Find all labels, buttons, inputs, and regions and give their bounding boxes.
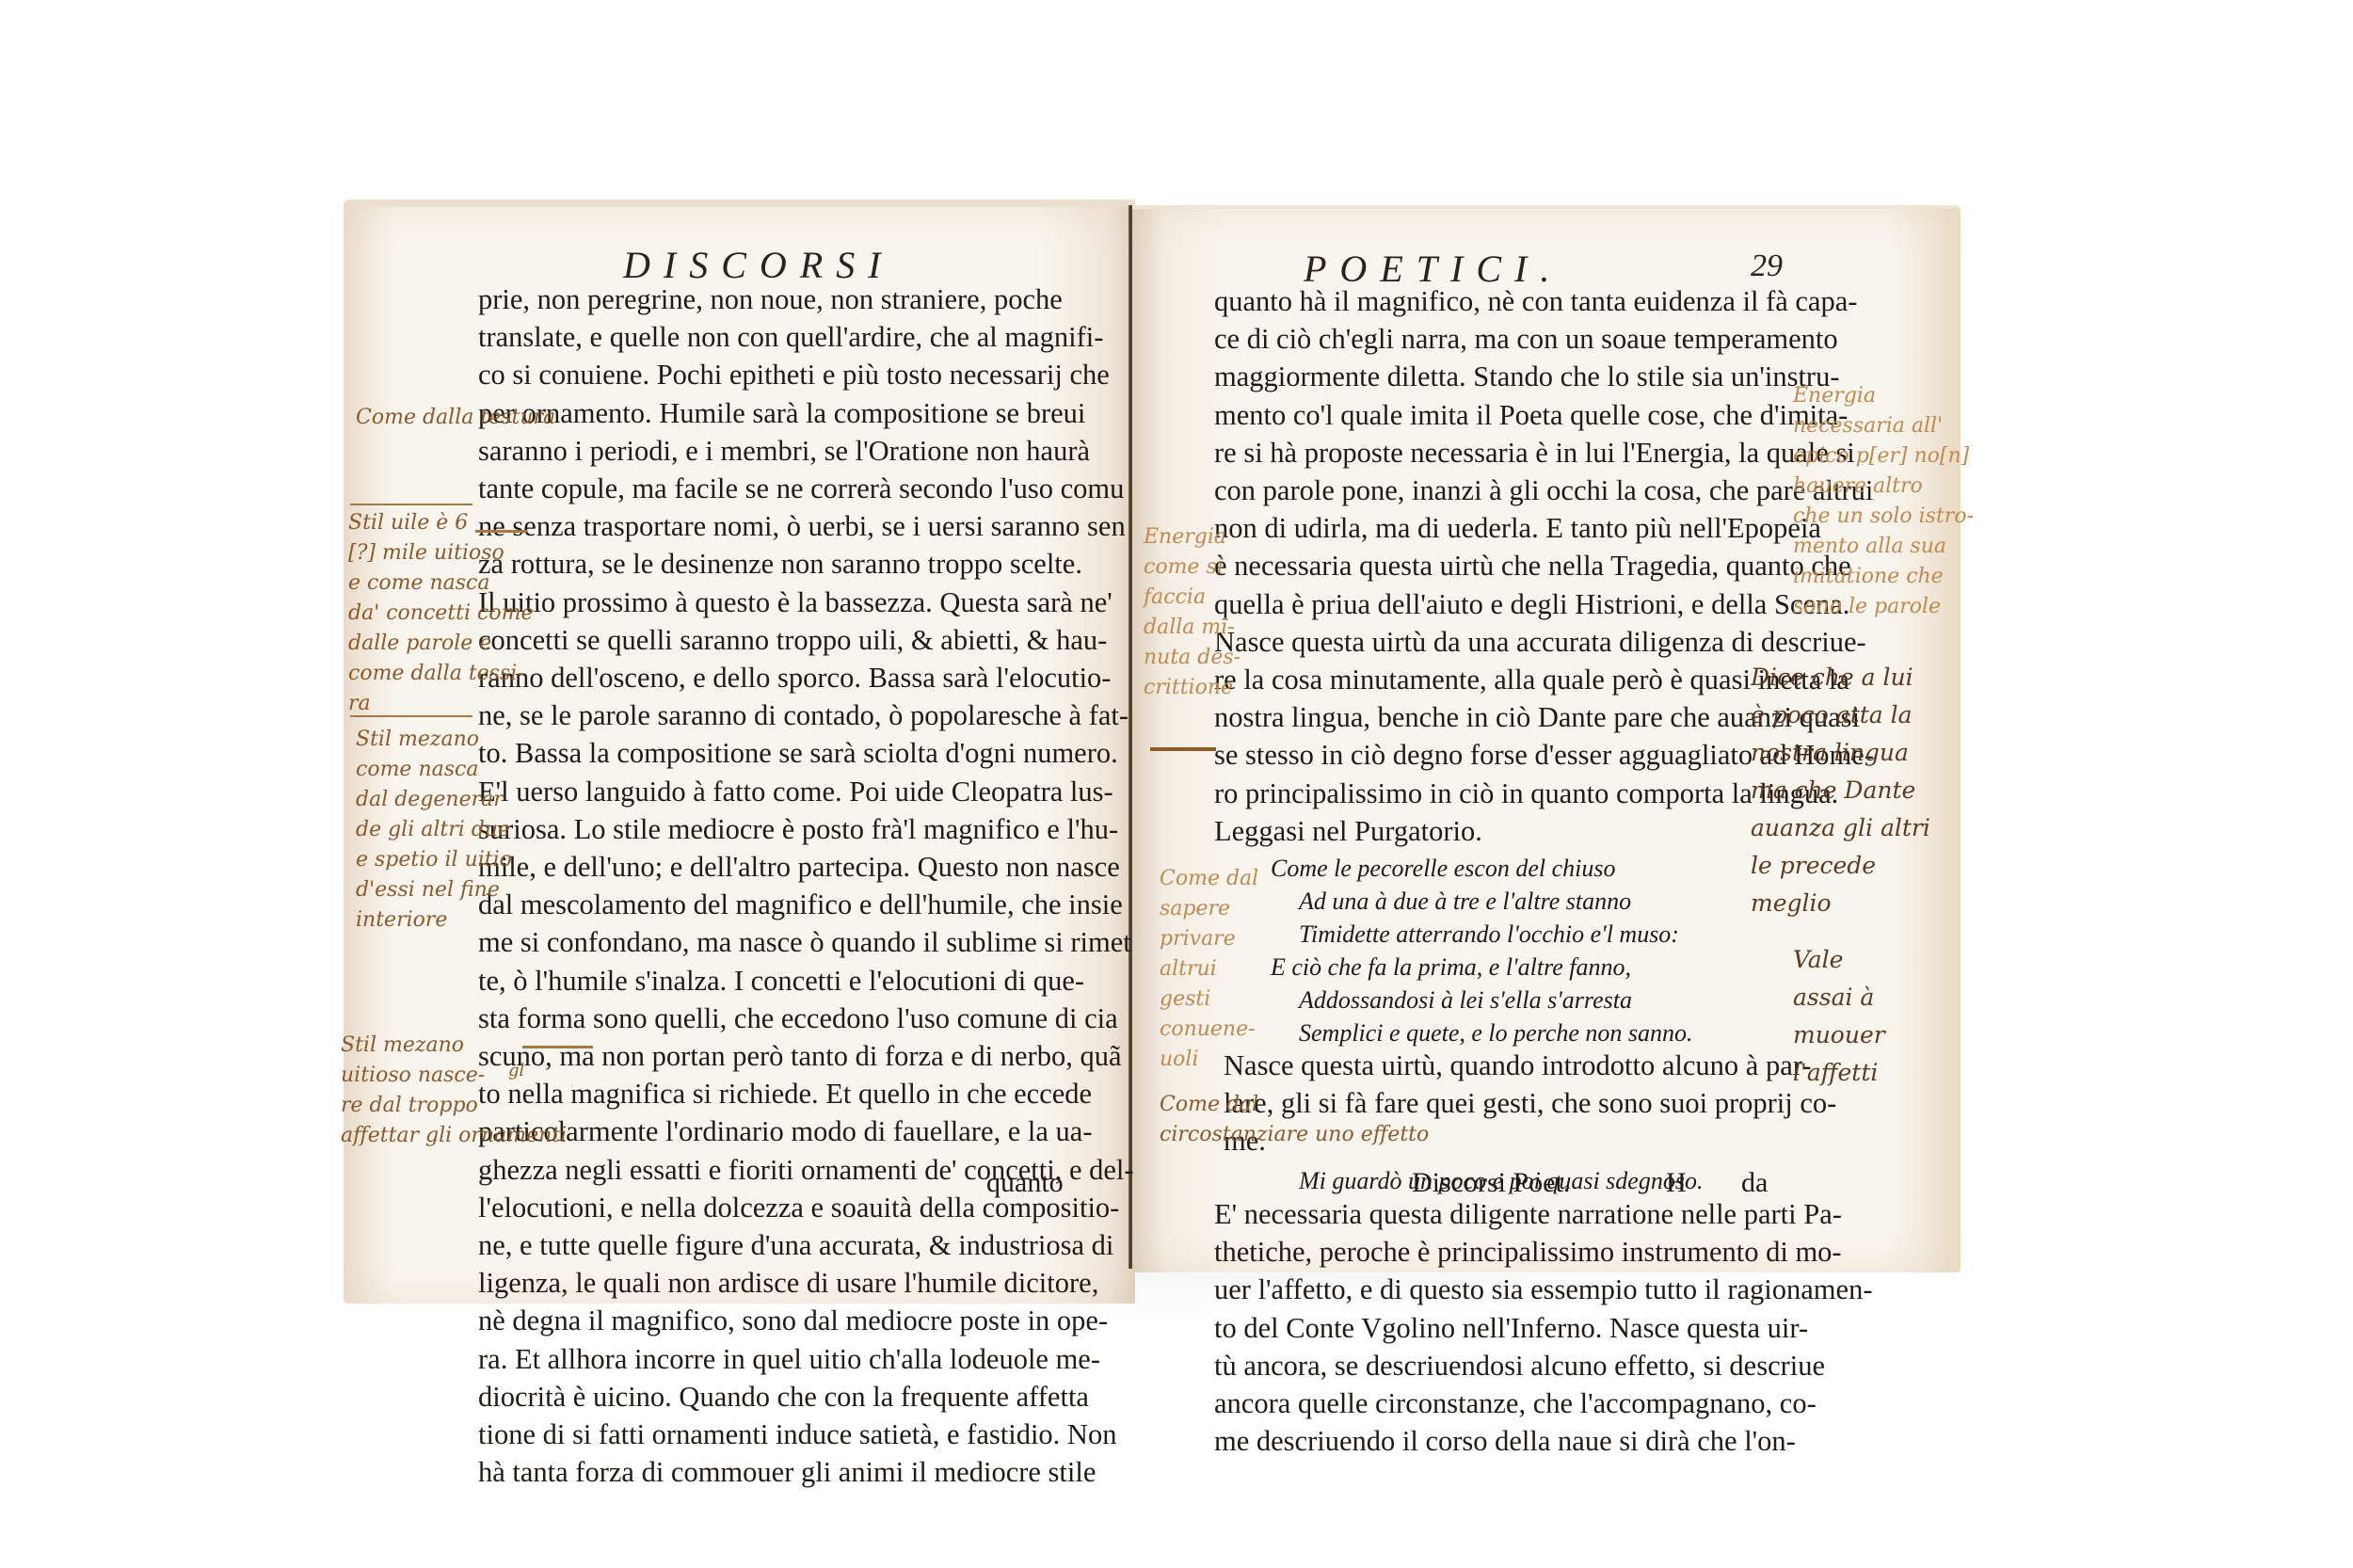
text-line: me descriuendo il corso della naue si di…: [1214, 1422, 1872, 1460]
text-line: thetiche, peroche è principalissimo inst…: [1214, 1233, 1872, 1271]
text-line: maggiormente diletta. Stando che lo stil…: [1214, 358, 1779, 395]
right-catchword: da: [1741, 1167, 1768, 1199]
page-number: 29: [1751, 248, 1783, 284]
text-line: per ornamento. Humile sarà la compositio…: [478, 394, 1062, 432]
left-page-body: prie, non peregrine, non noue, non stran…: [478, 280, 1062, 1492]
marginal-note: Come dalla testura: [356, 403, 555, 433]
text-line: diocrità è uicino. Quando che con la fre…: [478, 1378, 1062, 1416]
text-line: ne senza trasportare nomi, ò uerbi, se i…: [478, 507, 1062, 545]
text-line: è necessaria questa uirtù che nella Trag…: [1214, 547, 1779, 584]
text-line: prie, non peregrine, non noue, non stran…: [478, 280, 1062, 318]
text-line: za rottura, se le desinenze non saranno …: [478, 545, 1062, 583]
left-catchword: quanto: [986, 1167, 1064, 1199]
text-line: ghezza negli essatti e fioriti ornamenti…: [478, 1151, 1062, 1189]
text-line: l'elocutioni, e nella dolcezza e soauità…: [478, 1189, 1062, 1226]
text-line: Leggasi nel Purgatorio.: [1214, 812, 1779, 850]
verse-line: Come le pecorelle escon del chiuso: [1271, 852, 1693, 885]
text-line: ne, se le parole saranno di contado, ò p…: [478, 696, 1062, 734]
text-line: dal mescolamento del magnifico e dell'hu…: [478, 886, 1062, 923]
text-line: to del Conte Vgolino nell'Inferno. Nasce…: [1214, 1309, 1872, 1347]
verse-line: Ad una à due à tre e l'altre stanno: [1271, 885, 1693, 918]
text-line: Nasce questa uirtù, quando introdotto al…: [1224, 1047, 1836, 1084]
verse-line: Semplici e quete, e lo perche non sanno.: [1271, 1016, 1693, 1049]
text-line: con parole pone, inanzi à gli occhi la c…: [1214, 472, 1779, 509]
text-line: Il uitio prossimo à questo è la bassezza…: [478, 584, 1062, 621]
interlinear-note: gl: [508, 1056, 524, 1086]
text-line: tù ancora, se descriuendosi alcuno effet…: [1214, 1347, 1872, 1384]
marginal-note: Energia come si faccia dalla mi- nuta de…: [1144, 522, 1241, 703]
marginal-note: Come dal circostanziare uno effetto: [1160, 1090, 1429, 1150]
marginal-note-cancelled: [1150, 734, 1216, 764]
signature-title: Discorsi Poet.: [1412, 1167, 1570, 1199]
marginal-note: Dice che a lui è poco atta la nostra lin…: [1751, 659, 1930, 922]
text-line: tante copule, ma facile se ne correrà se…: [478, 470, 1062, 507]
text-line: re si hà proposte necessaria è in lui l'…: [1214, 434, 1779, 472]
text-line: te, ò l'humile s'inalza. I concetti e l'…: [478, 962, 1062, 1000]
text-line: se stesso in ciò degno forse d'esser agg…: [1214, 736, 1779, 774]
text-line: me si confondano, ma nasce ò quando il s…: [478, 923, 1062, 961]
text-line: ligenza, le quali non ardisce di usare l…: [478, 1264, 1062, 1302]
text-line: quella è priua dell'aiuto e degli Histri…: [1214, 585, 1779, 623]
verse-line: Timidette atterrando l'occhio e'l muso:: [1271, 918, 1693, 951]
text-line: ra. Et allhora incorre in quel uitio ch'…: [478, 1340, 1062, 1378]
text-line: ce di ciò ch'egli narra, ma con un soaue…: [1214, 320, 1779, 358]
text-line: translate, e quelle non con quell'ardire…: [478, 318, 1062, 356]
text-line: ancora quelle circonstanze, che l'accomp…: [1214, 1384, 1872, 1422]
verse-line: Addossandosi à lei s'ella s'arresta: [1271, 984, 1693, 1016]
text-line: quanto hà il magnifico, nè con tanta eui…: [1214, 282, 1779, 320]
text-line: nè degna il magnifico, sono dal mediocre…: [478, 1302, 1062, 1339]
marginal-note: Come dal sapere privare altrui gesti con…: [1160, 864, 1258, 1075]
marginal-note: Stil mezano uitioso nasce- re dal troppo…: [341, 1031, 567, 1151]
text-line: concetti se quelli saranno troppo uili, …: [478, 621, 1062, 659]
text-line: ranno dell'osceno, e dello sporco. Bassa…: [478, 659, 1062, 696]
text-line: re la cosa minutamente, alla quale però …: [1214, 661, 1779, 698]
text-line: mento co'l quale imita il Poeta quelle c…: [1214, 396, 1779, 434]
text-line: mile, e dell'uno; e dell'altro partecipa…: [478, 848, 1062, 886]
right-page-body-end: E' necessaria questa diligente narration…: [1214, 1195, 1872, 1460]
text-line: co si conuiene. Pochi epitheti e più tos…: [478, 356, 1062, 393]
verse-block-purgatorio: Come le pecorelle escon del chiuso Ad un…: [1271, 852, 1693, 1049]
signature-mark: H: [1666, 1167, 1687, 1199]
text-line: suriosa. Lo stile mediocre è posto frà'l…: [478, 810, 1062, 848]
text-line: ro principalissimo in ciò in quanto comp…: [1214, 775, 1779, 812]
margin-rule: [350, 504, 472, 505]
text-line: uer l'affetto, e di questo sia essempio …: [1214, 1271, 1872, 1308]
text-line: non di udirla, ma di uederla. E tanto pi…: [1214, 509, 1779, 547]
text-line: Nasce questa uirtù da una accurata dilig…: [1214, 623, 1779, 661]
right-page-body: quanto hà il magnifico, nè con tanta eui…: [1214, 282, 1779, 850]
text-line: E'l uerso languido à fatto come. Poi uid…: [478, 773, 1062, 810]
margin-rule: [350, 715, 472, 717]
marginal-note: Vale assai à muouer l'affetti: [1793, 941, 1885, 1092]
marginal-note: Stil mezano come nasca dal degenerar de …: [356, 725, 512, 936]
text-line: saranno i periodi, e i membri, se l'Orat…: [478, 432, 1062, 470]
verse-line: E ciò che fa la prima, e l'altre fanno,: [1271, 951, 1693, 984]
text-line: nostra lingua, benche in ciò Dante pare …: [1214, 698, 1779, 736]
text-line: ne, e tutte quelle figure d'una accurata…: [478, 1226, 1062, 1264]
text-line: to. Bassa la compositione se sarà sciolt…: [478, 734, 1062, 772]
marginal-note: Stil uile è 6 [?] mile uitioso e come na…: [348, 508, 533, 719]
text-line: tione di si fatti ornamenti induce satie…: [478, 1416, 1062, 1453]
text-line: hà tanta forza di commouer gli animi il …: [478, 1453, 1062, 1491]
marginal-note: Energia necessaria all' epico p[er] no[n…: [1793, 381, 1974, 622]
text-line: E' necessaria questa diligente narration…: [1214, 1195, 1872, 1233]
